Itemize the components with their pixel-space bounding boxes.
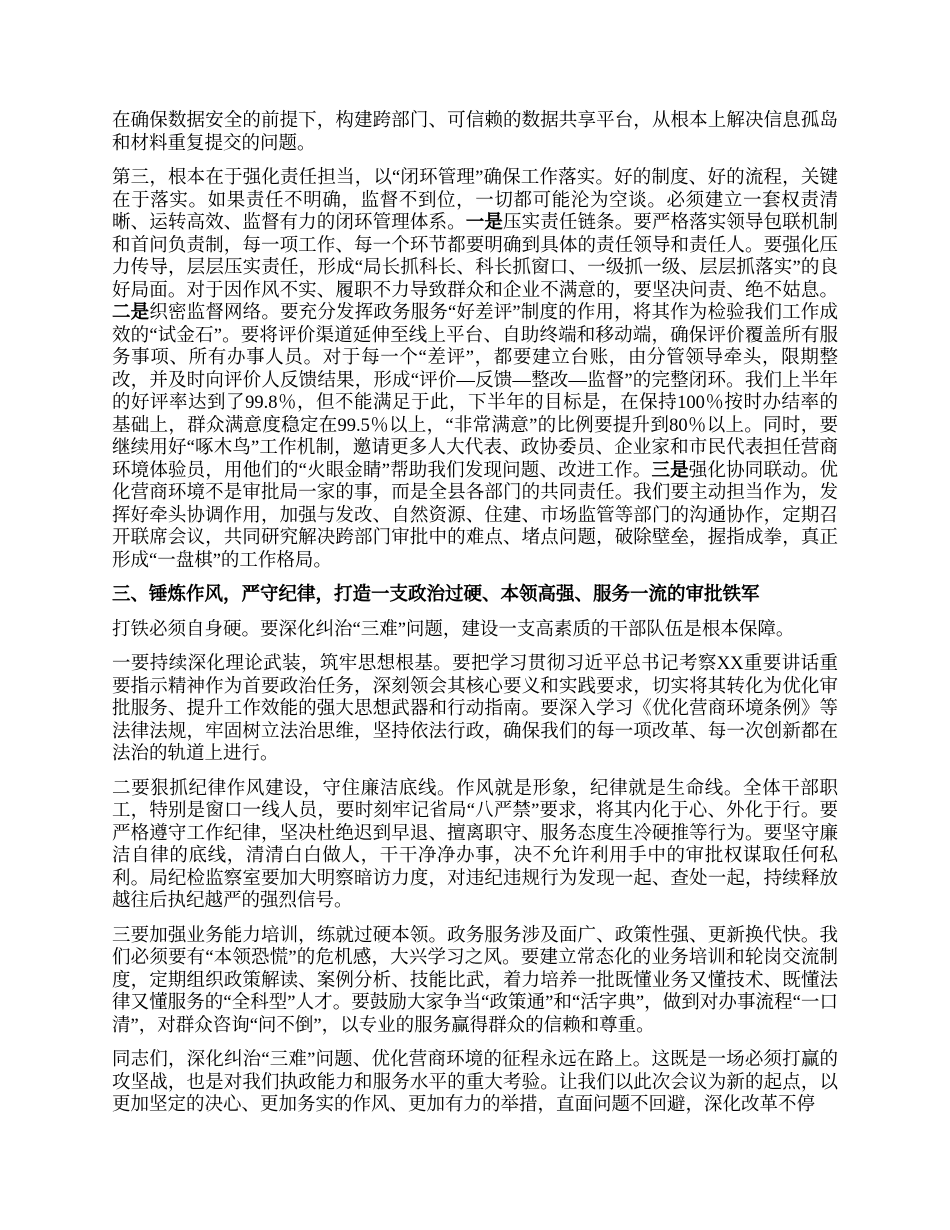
paragraph: 打铁必须自身硬。要深化纠治“三难”问题，建设一支高素质的干部队伍是根本保障。 xyxy=(112,619,838,642)
document-body: 在确保数据安全的前提下，构建跨部门、可信赖的数据共享平台，从根本上解决信息孤岛和… xyxy=(112,110,838,1117)
paragraph: 三要加强业务能力培训，练就过硬本领。政务服务涉及面广、政策性强、更新换代快。我们… xyxy=(112,925,838,1038)
paragraph: 第三，根本在于强化责任担当，以“闭环管理”确保工作落实。好的制度、好的流程，关键… xyxy=(112,167,838,572)
text-run: 二要狠抓纪律作风建设，守住廉洁底线。作风就是形象，纪律就是生命线。全体干部职工，… xyxy=(112,779,838,912)
text-run: 三要加强业务能力培训，练就过硬本领。政务服务涉及面广、政策性强、更新换代快。我们… xyxy=(112,926,838,1036)
paragraph: 一要持续深化理论武装，筑牢思想根基。要把学习贯彻习近平总书记考察XX重要讲话重要… xyxy=(112,653,838,766)
section-heading: 三、锤炼作风，严守纪律，打造一支政治过硬、本领高强、服务一流的审批铁军 xyxy=(112,584,838,607)
text-run: 一要持续深化理论武装，筑牢思想根基。要把学习贯彻习近平总书记考察XX重要讲话重要… xyxy=(112,654,838,764)
paragraph: 同志们，深化纠治“三难”问题、优化营商环境的征程永远在路上。这既是一场必须打赢的… xyxy=(112,1049,838,1117)
bold-text-run: 二是 xyxy=(112,303,149,323)
text-run: 同志们，深化纠治“三难”问题、优化营商环境的征程永远在路上。这既是一场必须打赢的… xyxy=(112,1050,838,1115)
text-run: 在确保数据安全的前提下，构建跨部门、可信赖的数据共享平台，从根本上解决信息孤岛和… xyxy=(112,111,838,154)
bold-text-run: 三是 xyxy=(651,461,688,481)
bold-text-run: 三、锤炼作风，严守纪律，打造一支政治过硬、本领高强、服务一流的审批铁军 xyxy=(112,585,760,605)
document-page: 在确保数据安全的前提下，构建跨部门、可信赖的数据共享平台，从根本上解决信息孤岛和… xyxy=(0,0,950,1230)
paragraph: 二要狠抓纪律作风建设，守住廉洁底线。作风就是形象，纪律就是生命线。全体干部职工，… xyxy=(112,778,838,913)
text-run: 打铁必须自身硬。要深化纠治“三难”问题，建设一支高素质的干部队伍是根本保障。 xyxy=(112,620,794,640)
text-run: 织密监督网络。要充分发挥政务服务“好差评”制度的作用，将其作为检验我们工作成效的… xyxy=(112,303,838,481)
bold-text-run: 一是 xyxy=(466,213,503,233)
paragraph: 在确保数据安全的前提下，构建跨部门、可信赖的数据共享平台，从根本上解决信息孤岛和… xyxy=(112,110,838,155)
